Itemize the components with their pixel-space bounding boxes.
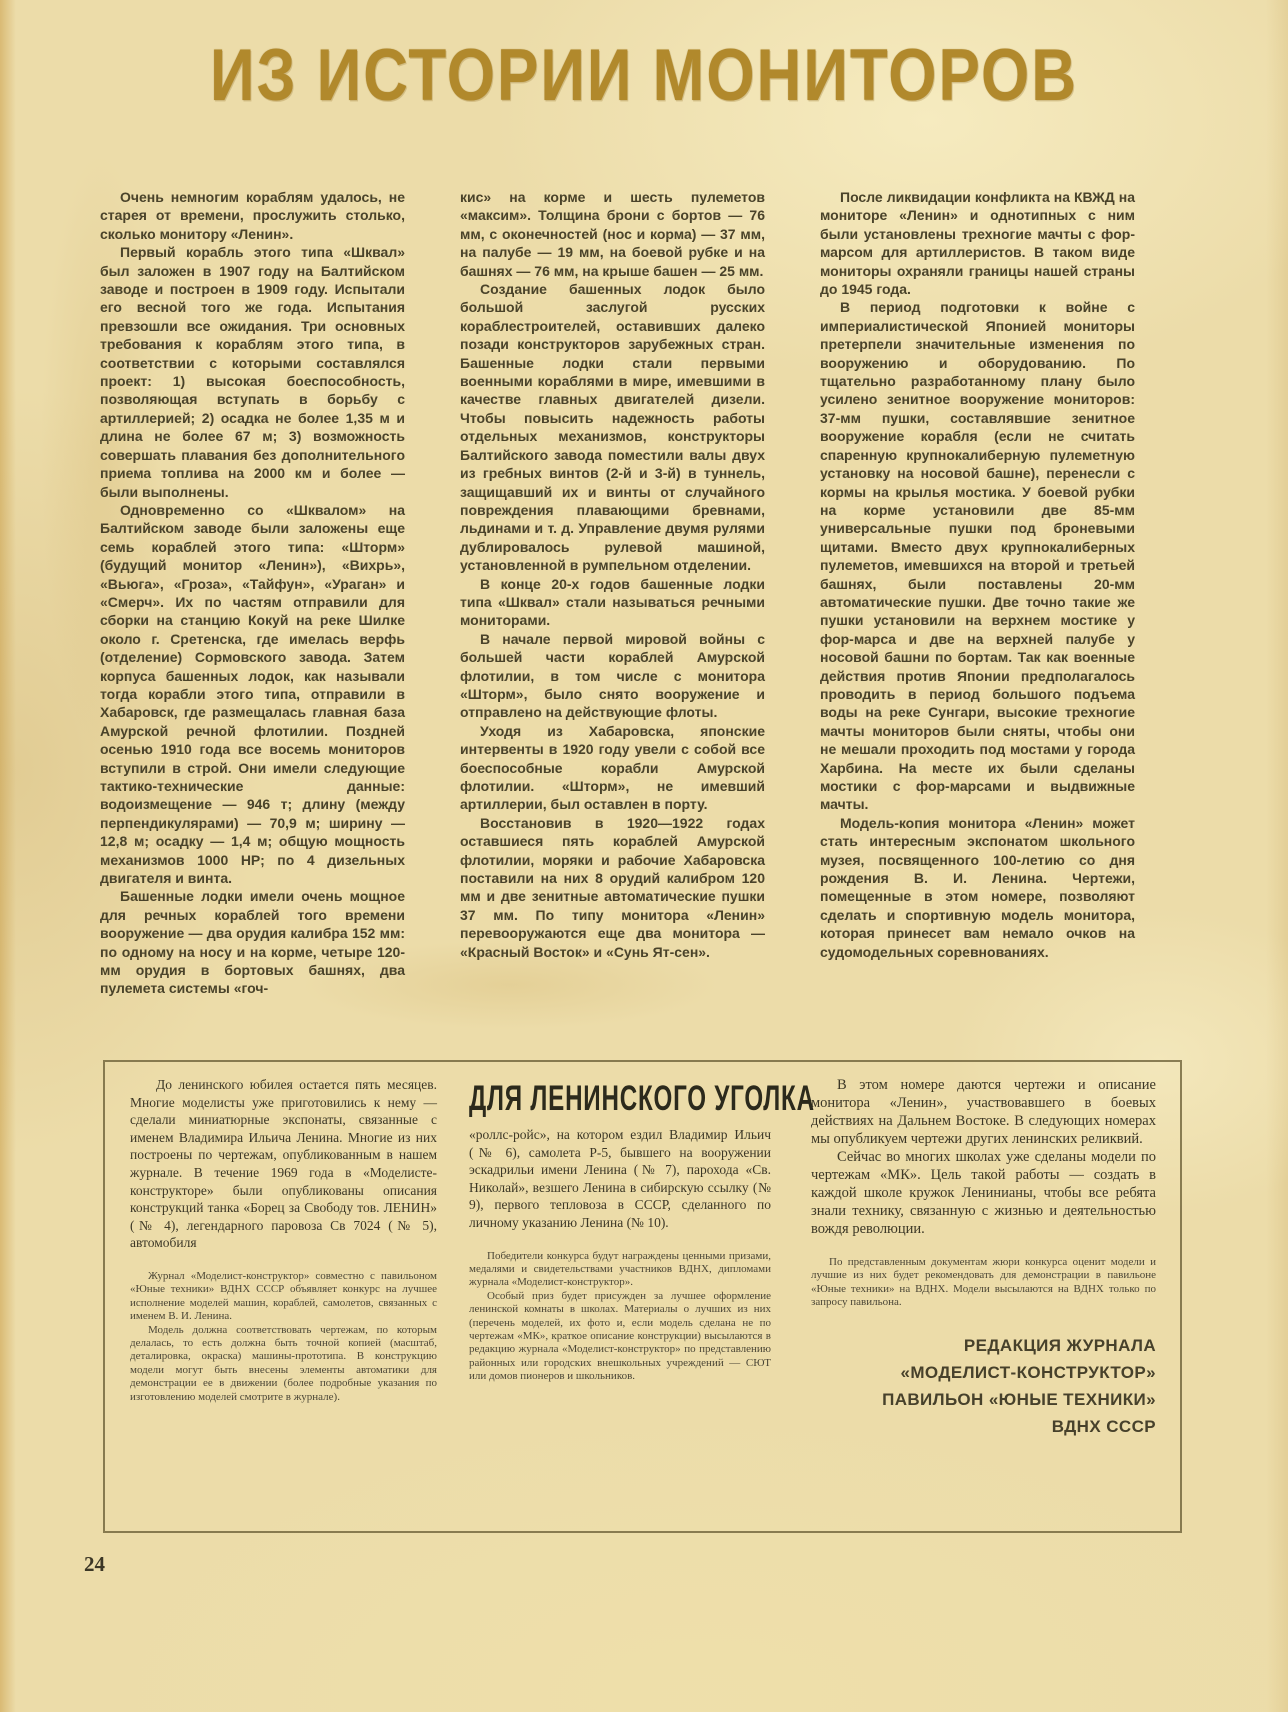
article-column-2: кис» на корме и шесть пулеметов «максим»… <box>460 188 765 998</box>
paragraph: После ликвидации конфликта на КВЖД на мо… <box>820 188 1135 298</box>
paragraph: «роллс-ройс», на котором ездил Владимир … <box>469 1126 771 1232</box>
paragraph: В этом номере даются чертежи и описание … <box>811 1076 1156 1148</box>
paragraph: Сейчас во многих школах уже сделаны моде… <box>811 1148 1156 1238</box>
signature-block: РЕДАКЦИЯ ЖУРНАЛА «МОДЕЛИСТ-КОНСТРУКТОР» … <box>811 1332 1156 1440</box>
contest-terms-block: Победители конкурса будут награждены цен… <box>469 1250 771 1384</box>
box-column-left: До ленинского юбилея остается пять месяц… <box>130 1076 437 1521</box>
article-column-1: Очень немногим кораблям удалось, не стар… <box>100 188 405 998</box>
paragraph: Первый корабль этого типа «Шквал» был за… <box>100 243 405 501</box>
paragraph: В начале первой мировой войны с большей … <box>460 630 765 722</box>
article-columns: Очень немногим кораблям удалось, не стар… <box>100 188 1140 998</box>
paragraph: Создание башенных лодок было большой зас… <box>460 280 765 575</box>
contest-terms-block: Журнал «Моделист-конструктор» совместно … <box>130 1270 437 1404</box>
paragraph: Башенные лодки имели очень мощное для ре… <box>100 887 405 997</box>
paragraph: Особый приз будет присужден за лучшее оф… <box>469 1290 771 1384</box>
box-heading: ДЛЯ ЛЕНИНСКОГО УГОЛКА <box>469 1078 705 1119</box>
paragraph: кис» на корме и шесть пулеметов «максим»… <box>460 188 765 280</box>
box-column-right: В этом номере даются чертежи и описание … <box>811 1076 1156 1521</box>
signature-line: ВДНХ СССР <box>811 1413 1156 1440</box>
paragraph: Очень немногим кораблям удалось, не стар… <box>100 188 405 243</box>
paragraph: Журнал «Моделист-конструктор» совместно … <box>130 1270 437 1324</box>
contest-terms-block: По представленным документам жюри конкур… <box>811 1256 1156 1310</box>
signature-line: «МОДЕЛИСТ-КОНСТРУКТОР» <box>811 1359 1156 1386</box>
paragraph: Одновременно со «Шквалом» на Балтийском … <box>100 501 405 888</box>
paragraph: Модель должна соответствовать чертежам, … <box>130 1324 437 1404</box>
paragraph: До ленинского юбилея остается пять месяц… <box>130 1076 437 1252</box>
lenin-box: До ленинского юбилея остается пять месяц… <box>103 1060 1182 1533</box>
paragraph: Победители конкурса будут награждены цен… <box>469 1250 771 1290</box>
paragraph: Восстановив в 1920—1922 годах оставшиеся… <box>460 814 765 961</box>
signature-line: ПАВИЛЬОН «ЮНЫЕ ТЕХНИКИ» <box>811 1386 1156 1413</box>
paragraph: По представленным документам жюри конкур… <box>811 1256 1156 1310</box>
paragraph: Уходя из Хабаровска, японские интервенты… <box>460 722 765 814</box>
paragraph: В период подготовки к войне с империалис… <box>820 298 1135 813</box>
box-column-middle: ДЛЯ ЛЕНИНСКОГО УГОЛКА «роллс-ройс», на к… <box>469 1076 771 1521</box>
paragraph: Модель-копия монитора «Ленин» может стат… <box>820 814 1135 961</box>
article-column-3: После ликвидации конфликта на КВЖД на мо… <box>820 188 1135 998</box>
signature-line: РЕДАКЦИЯ ЖУРНАЛА <box>811 1332 1156 1359</box>
page-title: ИЗ ИСТОРИИ МОНИТОРОВ <box>0 34 1288 118</box>
page-number: 24 <box>84 1552 105 1577</box>
paragraph: В конце 20-х годов башенные лодки типа «… <box>460 575 765 630</box>
